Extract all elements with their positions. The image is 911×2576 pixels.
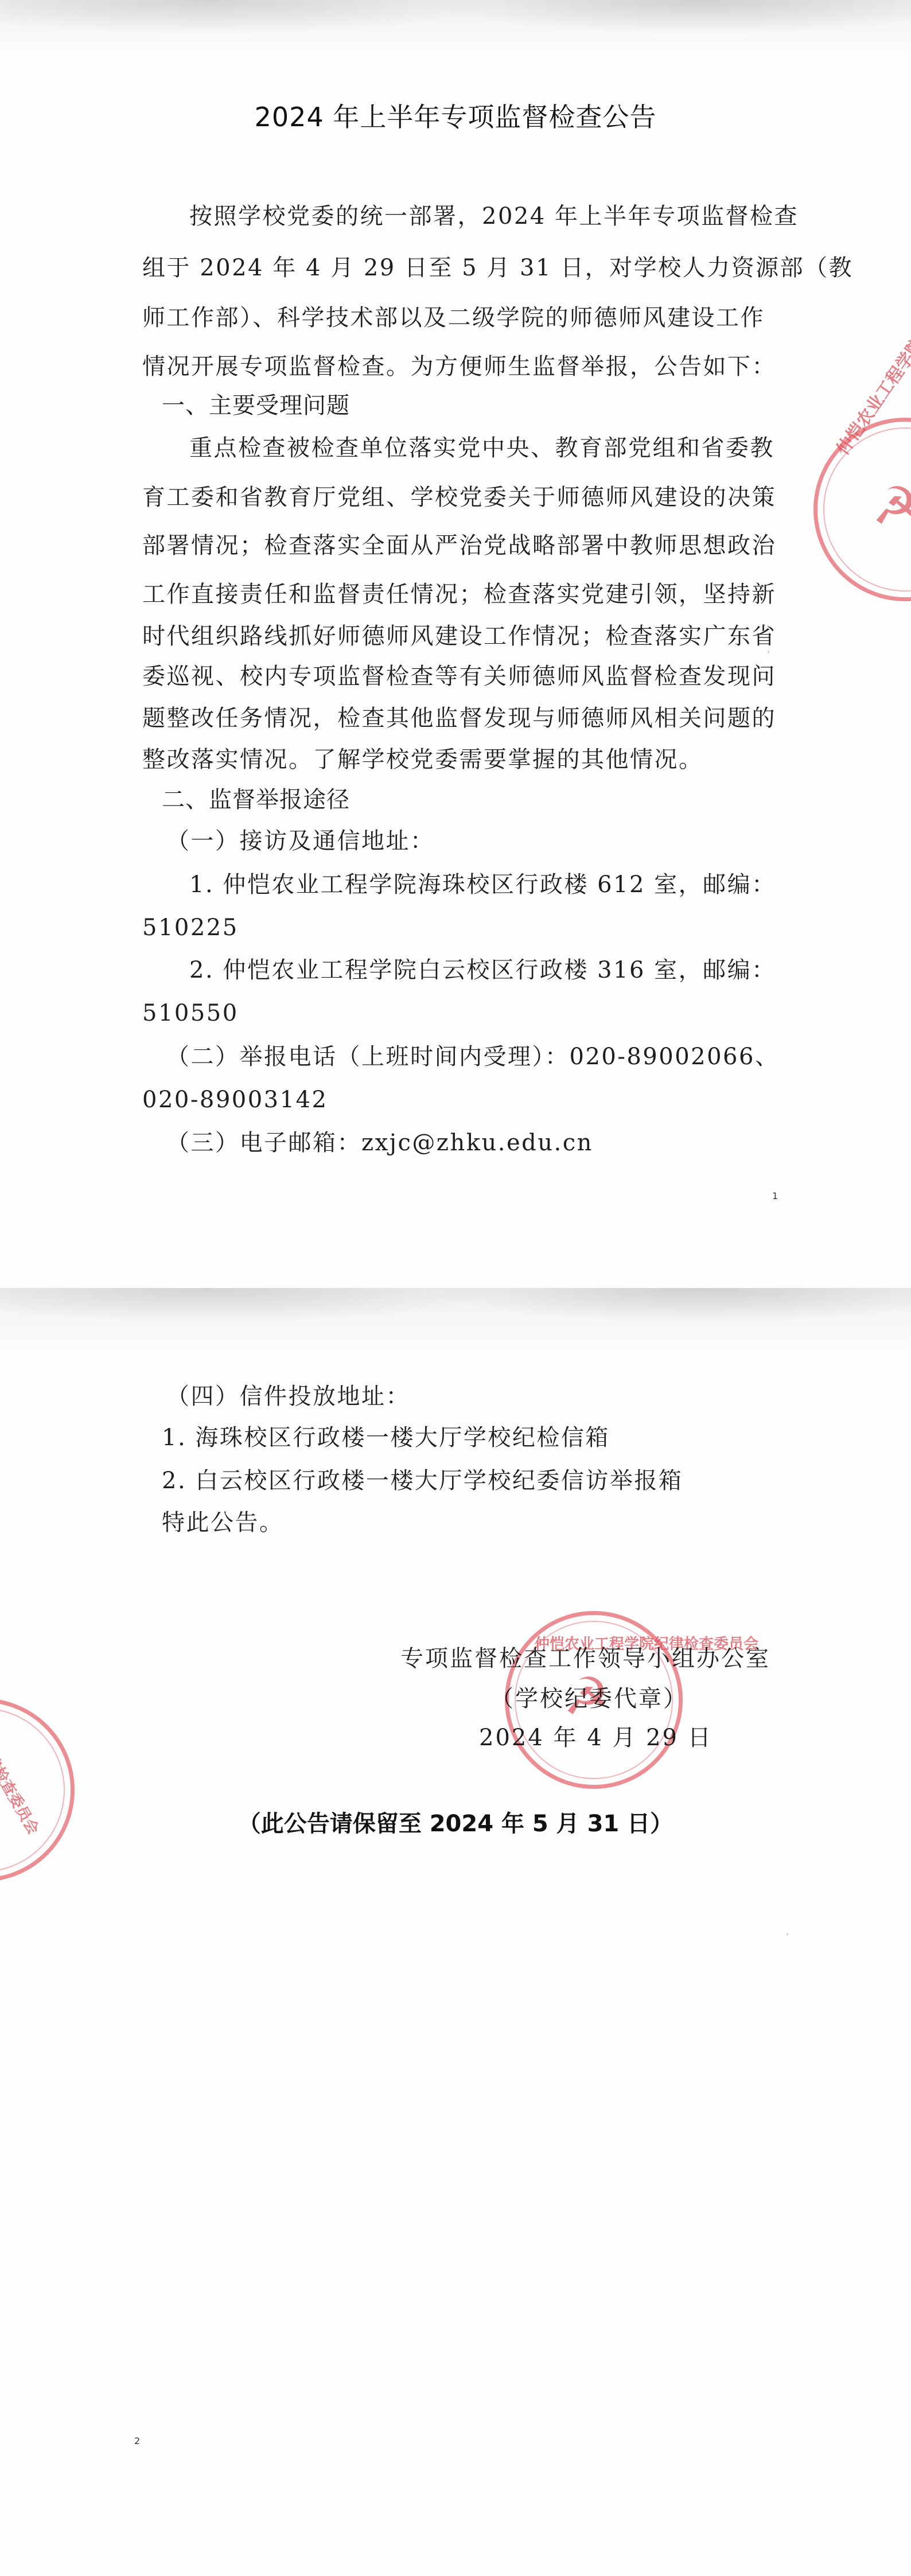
sub4-heading: （四）信件投放地址： bbox=[166, 1383, 410, 1410]
phone-line: （二）举报电话（上班时间内受理）：020-89002066、 bbox=[166, 1043, 779, 1071]
official-seal-icon: ☭ 仲恺农业工程学院 bbox=[813, 418, 911, 601]
address-item-2-postcode: 510550 bbox=[142, 999, 239, 1027]
mailbox-item-1: 1. 海珠校区行政楼一楼大厅学校纪检信箱 bbox=[162, 1424, 610, 1452]
signature-seal-note: （学校纪委代章） bbox=[490, 1685, 688, 1713]
page-edge-shadow bbox=[0, 0, 911, 52]
section1-line: 时代组织路线抓好师德师风建设工作情况；检查落实广东省 bbox=[142, 622, 776, 650]
scan-speck: ʻ bbox=[786, 1932, 788, 1941]
email-line: （三）电子邮箱：zxjc@zhku.edu.cn bbox=[166, 1129, 593, 1157]
section-heading-2: 二、监督举报途径 bbox=[162, 786, 350, 814]
document-title: 2024 年上半年专项监督检查公告 bbox=[0, 96, 911, 134]
retention-notice: （此公告请保留至 2024 年 5 月 31 日） bbox=[0, 1805, 911, 1838]
page-1: 2024 年上半年专项监督检查公告 按照学校党委的统一部署，2024 年上半年专… bbox=[0, 0, 911, 1288]
section1-line: 整改落实情况。了解学校党委需要掌握的其他情况。 bbox=[142, 746, 703, 773]
section1-line: 重点检查被检查单位落实党中央、教育部党组和省委教 bbox=[189, 434, 774, 462]
official-seal-icon: 纪律检查委员会 bbox=[0, 1698, 75, 1882]
sub1-heading: （一）接访及通信地址： bbox=[166, 827, 435, 855]
section1-line: 题整改任务情况，检查其他监督发现与师德师风相关问题的 bbox=[142, 705, 776, 732]
page-number: 1 bbox=[772, 1190, 778, 1201]
intro-line: 师工作部）、科学技术部以及二级学院的师德师风建设工作 bbox=[142, 304, 765, 332]
section-heading-1: 一、主要受理问题 bbox=[162, 392, 350, 419]
section1-line: 工作直接责任和监督责任情况；检查落实党建引领，坚持新 bbox=[142, 581, 776, 608]
signature-date: 2024 年 4 月 29 日 bbox=[479, 1724, 713, 1752]
closing-text: 特此公告。 bbox=[162, 1509, 284, 1536]
page-2: （四）信件投放地址： 1. 海珠校区行政楼一楼大厅学校纪检信箱 2. 白云校区行… bbox=[0, 1288, 911, 2576]
address-item-1-postcode: 510225 bbox=[142, 914, 239, 941]
signature-office: 专项监督检查工作领导小组办公室 bbox=[400, 1645, 770, 1672]
mailbox-item-2: 2. 白云校区行政楼一楼大厅学校纪委信访举报箱 bbox=[162, 1467, 683, 1495]
intro-line: 按照学校党委的统一部署，2024 年上半年专项监督检查 bbox=[189, 203, 799, 230]
address-item-2: 2. 仲恺农业工程学院白云校区行政楼 316 室，邮编： bbox=[189, 956, 776, 984]
section1-line: 育工委和省教育厅党组、学校党委关于师德师风建设的决策 bbox=[142, 484, 776, 511]
scan-speck: ʻ bbox=[767, 650, 769, 659]
phone-line-2: 020-89003142 bbox=[142, 1086, 328, 1114]
page-edge-shadow bbox=[0, 1288, 911, 1351]
address-item-1: 1. 仲恺农业工程学院海珠校区行政楼 612 室，邮编： bbox=[189, 871, 776, 898]
intro-line: 组于 2024 年 4 月 29 日至 5 月 31 日，对学校人力资源部（教 bbox=[142, 254, 853, 282]
section1-line: 委巡视、校内专项监督检查等有关师德师风监督检查发现问 bbox=[142, 663, 776, 690]
intro-line: 情况开展专项监督检查。为方便师生监督举报，公告如下： bbox=[142, 353, 776, 380]
page-number: 2 bbox=[134, 2435, 140, 2446]
section1-line: 部署情况；检查落实全面从严治党战略部署中教师思想政治 bbox=[142, 532, 776, 559]
